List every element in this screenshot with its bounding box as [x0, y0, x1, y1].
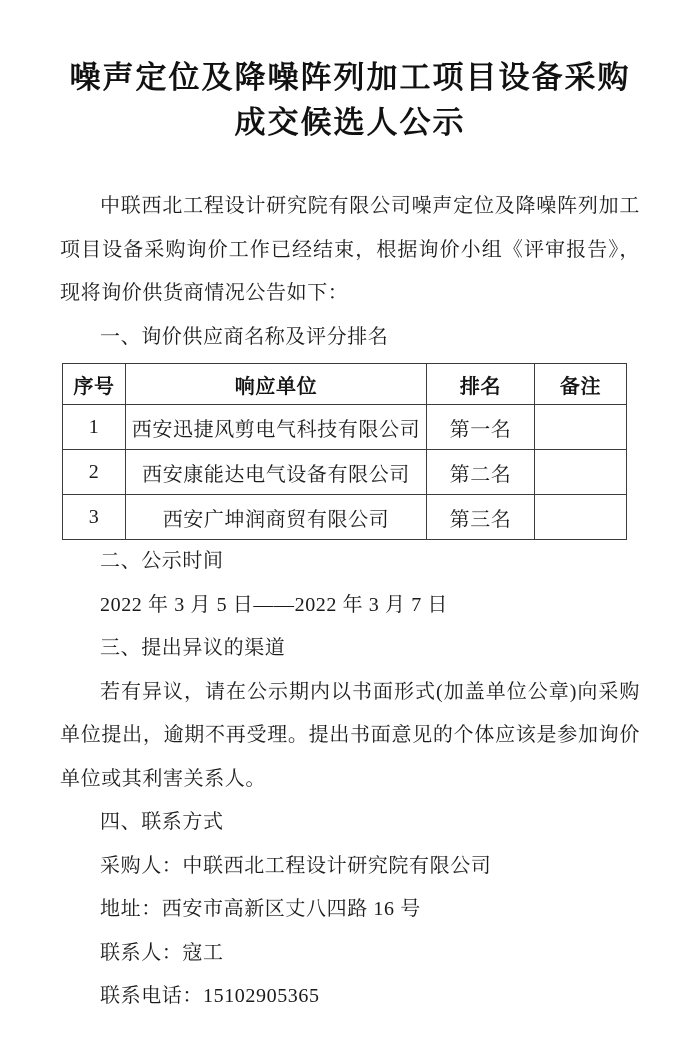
- contact-buyer: 采购人：中联西北工程设计研究院有限公司: [60, 845, 640, 889]
- table-row: 2 西安康能达电气设备有限公司 第二名: [63, 450, 627, 495]
- rank-cell: 第二名: [427, 450, 535, 495]
- contact-person: 联系人：寇工: [60, 932, 640, 976]
- contact-address: 地址：西安市高新区丈八四路 16 号: [60, 888, 640, 932]
- seq-cell: 2: [63, 450, 126, 495]
- company-cell: 西安康能达电气设备有限公司: [126, 450, 427, 495]
- page-title-line2: 成交候选人公示: [60, 100, 640, 145]
- objection-paragraph: 若有异议，请在公示期内以书面形式(加盖单位公章)向采购单位提出，逾期不再受理。提…: [60, 671, 640, 802]
- table-row: 1 西安迅捷风剪电气科技有限公司 第一名: [63, 405, 627, 450]
- header-company: 响应单位: [126, 364, 427, 405]
- section-3-heading: 三、提出异议的渠道: [60, 627, 640, 671]
- notice-document: 噪声定位及降噪阵列加工项目设备采购 成交候选人公示 中联西北工程设计研究院有限公…: [0, 0, 700, 1059]
- page-title-line1: 噪声定位及降噪阵列加工项目设备采购: [60, 55, 640, 100]
- supplier-ranking-table: 序号 响应单位 排名 备注 1 西安迅捷风剪电气科技有限公司 第一名 2 西安康…: [62, 363, 627, 540]
- publicity-period: 2022 年 3 月 5 日——2022 年 3 月 7 日: [60, 584, 640, 628]
- rank-cell: 第一名: [427, 405, 535, 450]
- rank-cell: 第三名: [427, 495, 535, 540]
- remark-cell: [535, 405, 627, 450]
- table-header-row: 序号 响应单位 排名 备注: [63, 364, 627, 405]
- page-title: 噪声定位及降噪阵列加工项目设备采购 成交候选人公示: [60, 55, 640, 145]
- intro-paragraph: 中联西北工程设计研究院有限公司噪声定位及降噪阵列加工项目设备采购询价工作已经结束…: [60, 185, 640, 316]
- company-cell: 西安迅捷风剪电气科技有限公司: [126, 405, 427, 450]
- company-cell: 西安广坤润商贸有限公司: [126, 495, 427, 540]
- remark-cell: [535, 495, 627, 540]
- header-seq: 序号: [63, 364, 126, 405]
- table-row: 3 西安广坤润商贸有限公司 第三名: [63, 495, 627, 540]
- seq-cell: 1: [63, 405, 126, 450]
- seq-cell: 3: [63, 495, 126, 540]
- section-4-heading: 四、联系方式: [60, 801, 640, 845]
- header-rank: 排名: [427, 364, 535, 405]
- section-2-heading: 二、公示时间: [60, 540, 640, 584]
- remark-cell: [535, 450, 627, 495]
- header-remark: 备注: [535, 364, 627, 405]
- section-1-heading: 一、询价供应商名称及评分排名: [60, 316, 640, 360]
- contact-phone: 联系电话：15102905365: [60, 975, 640, 1019]
